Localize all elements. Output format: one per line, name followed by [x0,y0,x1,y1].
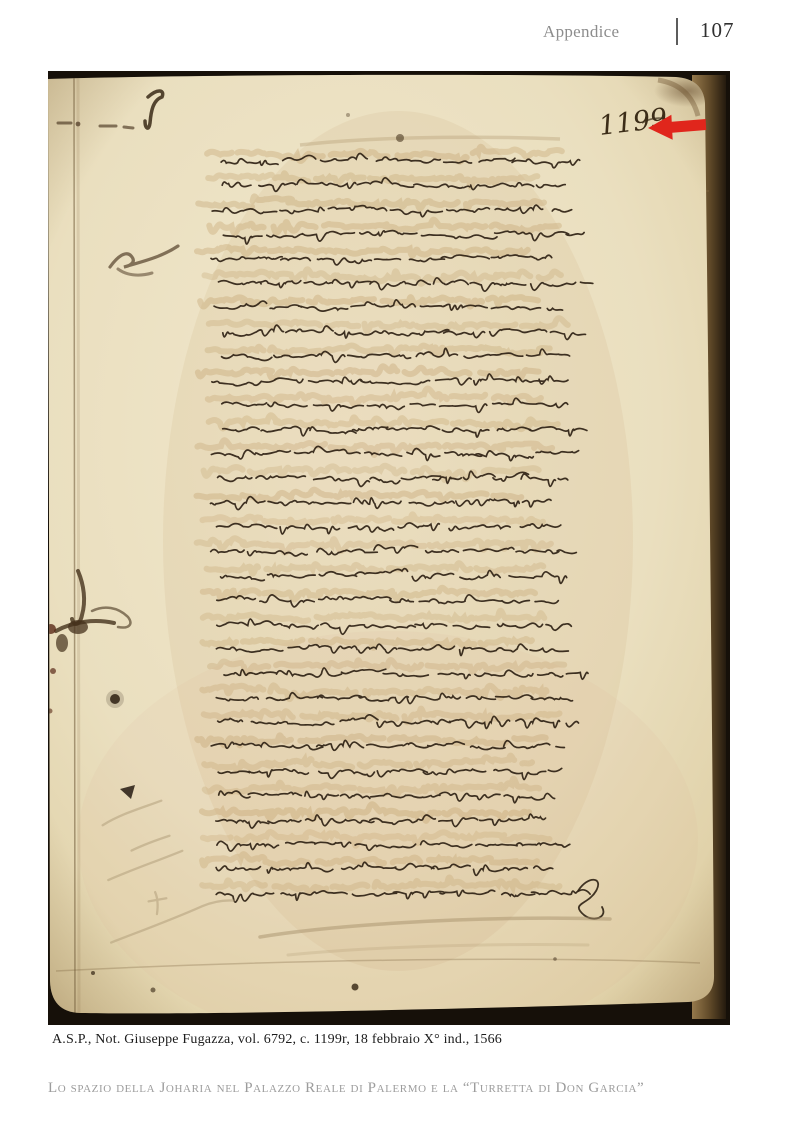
figure-caption: A.S.P., Not. Giuseppe Fugazza, vol. 6792… [52,1032,752,1048]
manuscript-photo-canvas: 1199 [48,71,730,1025]
running-footer: Lo spazio della Joharia nel Palazzo Real… [48,1080,768,1097]
appendix-label: Appendice [543,22,619,42]
running-header: Appendice 107 [0,18,733,48]
header-divider [676,18,678,45]
book-page: Appendice 107 [0,0,797,1123]
manuscript-photo: 1199 [48,71,730,1025]
page-number: 107 [700,18,735,43]
